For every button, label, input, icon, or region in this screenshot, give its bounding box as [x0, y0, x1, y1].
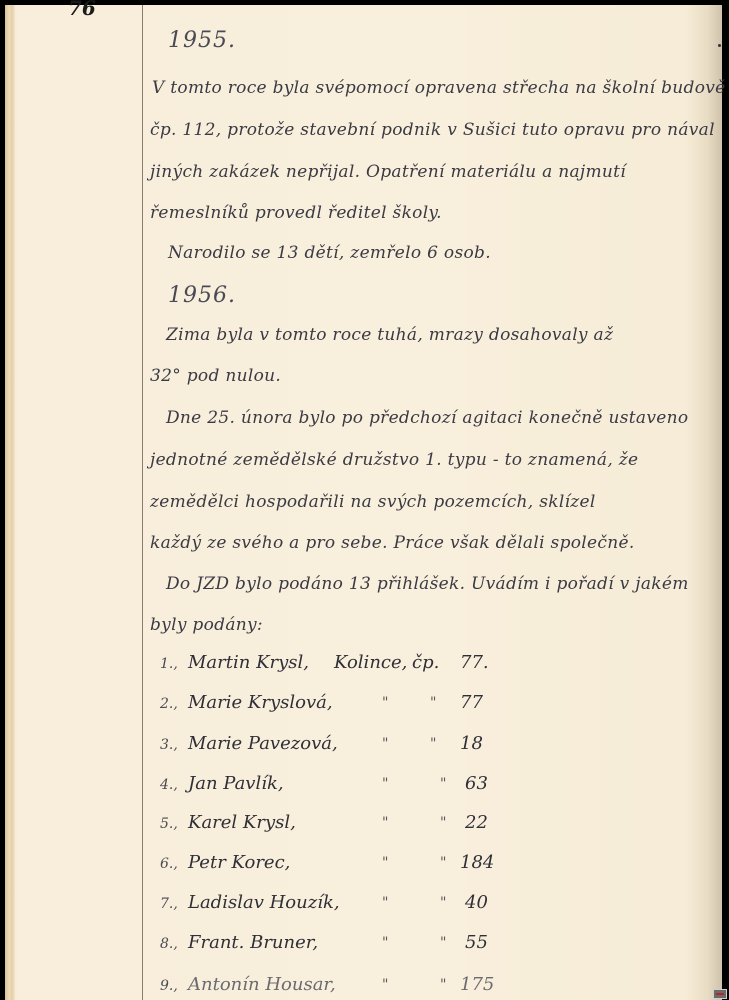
ditto-village: " [382, 736, 388, 752]
ditto-village: " [382, 895, 388, 911]
ditto-cp: " [430, 695, 436, 711]
house-number: 63 [465, 773, 488, 794]
page-number: 76 [68, 0, 96, 20]
item-number: 4., [160, 777, 188, 793]
text-line: každý ze svého a pro sebe. Práce však dě… [150, 533, 635, 553]
house-number: 18 [460, 733, 483, 754]
ditto-village: " [382, 815, 388, 831]
list-item: 6.,Petr Korec, " " 184 [160, 852, 560, 873]
text-line: řemeslníků provedl ředitel školy. [150, 203, 442, 223]
viewer-corner-button[interactable] [713, 989, 727, 999]
page-edge [5, 5, 15, 1000]
list-item: 3.,Marie Pavezová, " " 18 [160, 733, 560, 754]
ditto-cp: " [440, 855, 446, 871]
list-item: 1.,Martin Krysl, Kolince, čp. 77. [160, 652, 560, 673]
ditto-cp: " [440, 815, 446, 831]
applicant-name: Ladislav Houzík, [188, 892, 340, 913]
applicant-name: Petr Korec, [188, 852, 290, 873]
ditto-village: " [382, 855, 388, 871]
text-line: Zima byla v tomto roce tuhá, mrazy dosah… [166, 325, 613, 345]
year-heading-1956: 1956. [168, 283, 236, 308]
text-line: V tomto roce byla svépomocí opravena stř… [152, 78, 726, 98]
cp-label: čp. [412, 652, 439, 673]
applicant-name: Martin Krysl, [188, 652, 309, 673]
margin-rule [142, 5, 143, 1000]
ditto-village: " [382, 977, 388, 993]
list-item: 7.,Ladislav Houzík, " " 40 [160, 892, 560, 913]
text-line: 32° pod nulou. [150, 366, 281, 386]
year-heading-1955: 1955. [168, 28, 236, 53]
list-item: 4.,Jan Pavlík, " " 63 [160, 773, 560, 794]
list-item: 9.,Antonín Housar, " " 175 [160, 974, 560, 995]
ditto-cp: " [440, 977, 446, 993]
text-line: jednotné zemědělské družstvo 1. typu - t… [150, 450, 638, 470]
ditto-cp: " [440, 935, 446, 951]
text-line: Narodilo se 13 dětí, zemřelo 6 osob. [168, 243, 491, 263]
applicant-name: Marie Kryslová, [188, 692, 333, 713]
applicant-name: Marie Pavezová, [188, 733, 338, 754]
ink-speck [718, 44, 721, 47]
list-item: 8.,Frant. Bruner, " " 55 [160, 932, 560, 953]
text-line: čp. 112, protože stavební podnik v Sušic… [150, 120, 715, 140]
applicant-name: Karel Krysl, [188, 812, 296, 833]
house-number: 184 [460, 852, 494, 873]
item-number: 9., [160, 978, 188, 994]
applicant-name: Jan Pavlík, [188, 773, 284, 794]
item-number: 5., [160, 816, 188, 832]
house-number: 175 [460, 974, 494, 995]
house-number: 77. [460, 652, 489, 673]
text-line: jiných zakázek nepřijal. Opatření materi… [150, 162, 626, 182]
item-number: 1., [160, 656, 188, 672]
village: Kolince, [334, 652, 407, 673]
applicant-name: Antonín Housar, [188, 974, 336, 995]
list-item: 5.,Karel Krysl, " " 22 [160, 812, 560, 833]
text-line: Dne 25. února bylo po předchozí agitaci … [166, 408, 688, 428]
ditto-village: " [382, 935, 388, 951]
item-number: 2., [160, 696, 188, 712]
ditto-cp: " [430, 736, 436, 752]
item-number: 8., [160, 936, 188, 952]
text-line: zemědělci hospodařili na svých pozemcích… [150, 492, 596, 512]
house-number: 40 [465, 892, 488, 913]
house-number: 77 [460, 692, 483, 713]
item-number: 7., [160, 896, 188, 912]
ditto-cp: " [440, 895, 446, 911]
text-line: Do JZD bylo podáno 13 přihlášek. Uvádím … [166, 574, 689, 594]
ditto-village: " [382, 776, 388, 792]
ditto-village: " [382, 695, 388, 711]
applicant-name: Frant. Bruner, [188, 932, 318, 953]
list-item: 2.,Marie Kryslová, " " 77 [160, 692, 560, 713]
text-line: byly podány: [150, 615, 263, 635]
house-number: 55 [465, 932, 488, 953]
item-number: 3., [160, 737, 188, 753]
item-number: 6., [160, 856, 188, 872]
ditto-cp: " [440, 776, 446, 792]
house-number: 22 [465, 812, 488, 833]
